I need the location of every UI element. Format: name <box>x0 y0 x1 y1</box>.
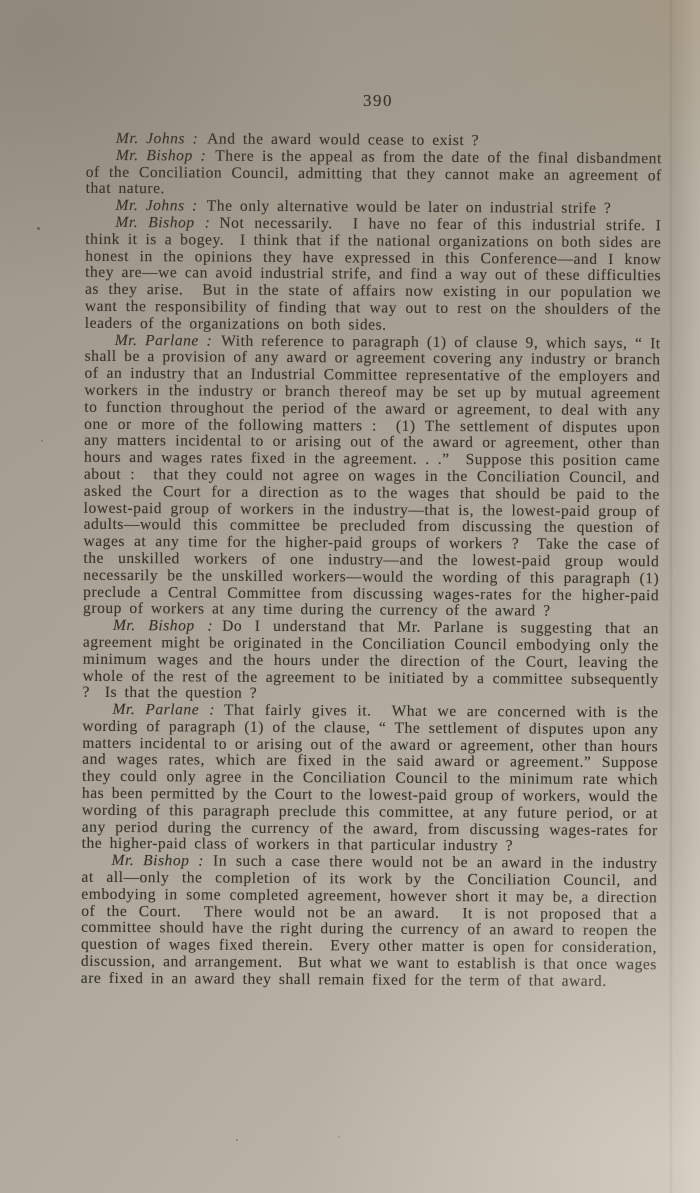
paragraph-text: And the award would cease to exist ? <box>207 130 479 149</box>
scan-speck <box>338 1136 340 1138</box>
speaker-name: Mr. Parlane : <box>115 331 222 349</box>
scan-speck <box>41 440 43 442</box>
speaker-name: Mr. Johns : <box>115 197 206 215</box>
speaker-name: Mr. Bishop : <box>113 617 222 635</box>
scan-speck <box>37 227 40 230</box>
paragraph: Mr. Parlane :With reference to paragraph… <box>83 332 661 621</box>
paragraph: Mr. Bishop :There is the appeal as from … <box>86 148 662 202</box>
scan-speck <box>236 1139 238 1141</box>
speaker-name: Mr. Bishop : <box>116 147 216 165</box>
page-edge-highlight <box>674 0 700 1193</box>
speaker-name: Mr. Parlane : <box>112 701 224 719</box>
page-crease <box>669 0 673 1193</box>
paragraph-text: In such a case there would not be an awa… <box>81 853 665 990</box>
transcript-text-block: Mr. Johns :And the award would cease to … <box>81 131 662 991</box>
paragraph: Mr. Bishop :Do I understand that Mr. Par… <box>83 618 660 706</box>
paragraph-text: Not necessarily. I have no fear of this … <box>85 215 669 334</box>
paragraph: Mr. Parlane :That fairly gives it. What … <box>82 702 659 857</box>
page-number: 390 <box>28 91 700 111</box>
speaker-name: Mr. Bishop : <box>115 214 219 232</box>
speaker-name: Mr. Johns : <box>116 130 207 148</box>
paragraph: Mr. Bishop :In such a case there would n… <box>81 853 658 991</box>
paragraph-text: That fairly gives it. What we are concer… <box>82 702 666 855</box>
paragraph: Mr. Bishop :Not necessarily. I have no f… <box>85 215 662 336</box>
paragraph-text: With reference to paragraph (1) of claus… <box>83 332 668 620</box>
speaker-name: Mr. Bishop : <box>111 852 213 870</box>
